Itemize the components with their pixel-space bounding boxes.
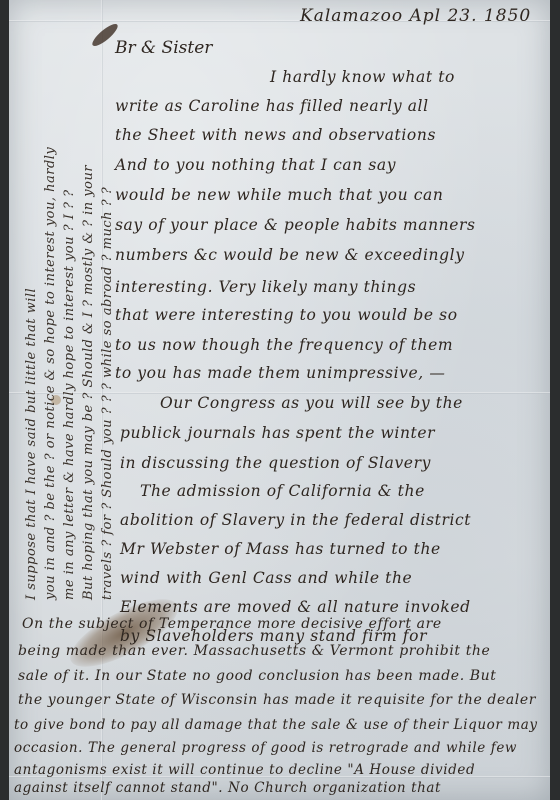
margin-line: travels ? for ? Should you ? ? ? while s… <box>98 0 117 600</box>
letter-line: On the subject of Temperance more decisi… <box>22 616 442 632</box>
margin-line: you in and ? be the ? or notice & so hop… <box>41 0 60 600</box>
letter-line: being made than ever. Massachusetts & Ve… <box>18 643 490 659</box>
document-scan: Kalamazoo Apl 23. 1850 Br & Sister I har… <box>0 0 560 800</box>
margin-line: I suppose that I have said but little th… <box>22 0 41 600</box>
margin-note: I suppose that I have said but little th… <box>22 0 117 600</box>
margin-line: me in any letter & have hardly hope to i… <box>60 0 79 600</box>
letter-line: the younger State of Wisconsin has made … <box>18 692 536 708</box>
letter-line: sale of it. In our State no good conclus… <box>18 668 497 684</box>
letter-line: occasion. The general progress of good i… <box>14 740 517 756</box>
letter-line: against itself cannot stand". No Church … <box>14 780 441 796</box>
margin-line: But hoping that you may be ? Should & I … <box>79 0 98 600</box>
letter-line: antagonisms exist it will continue to de… <box>14 762 475 778</box>
letter-line: to give bond to pay all damage that the … <box>14 717 538 733</box>
